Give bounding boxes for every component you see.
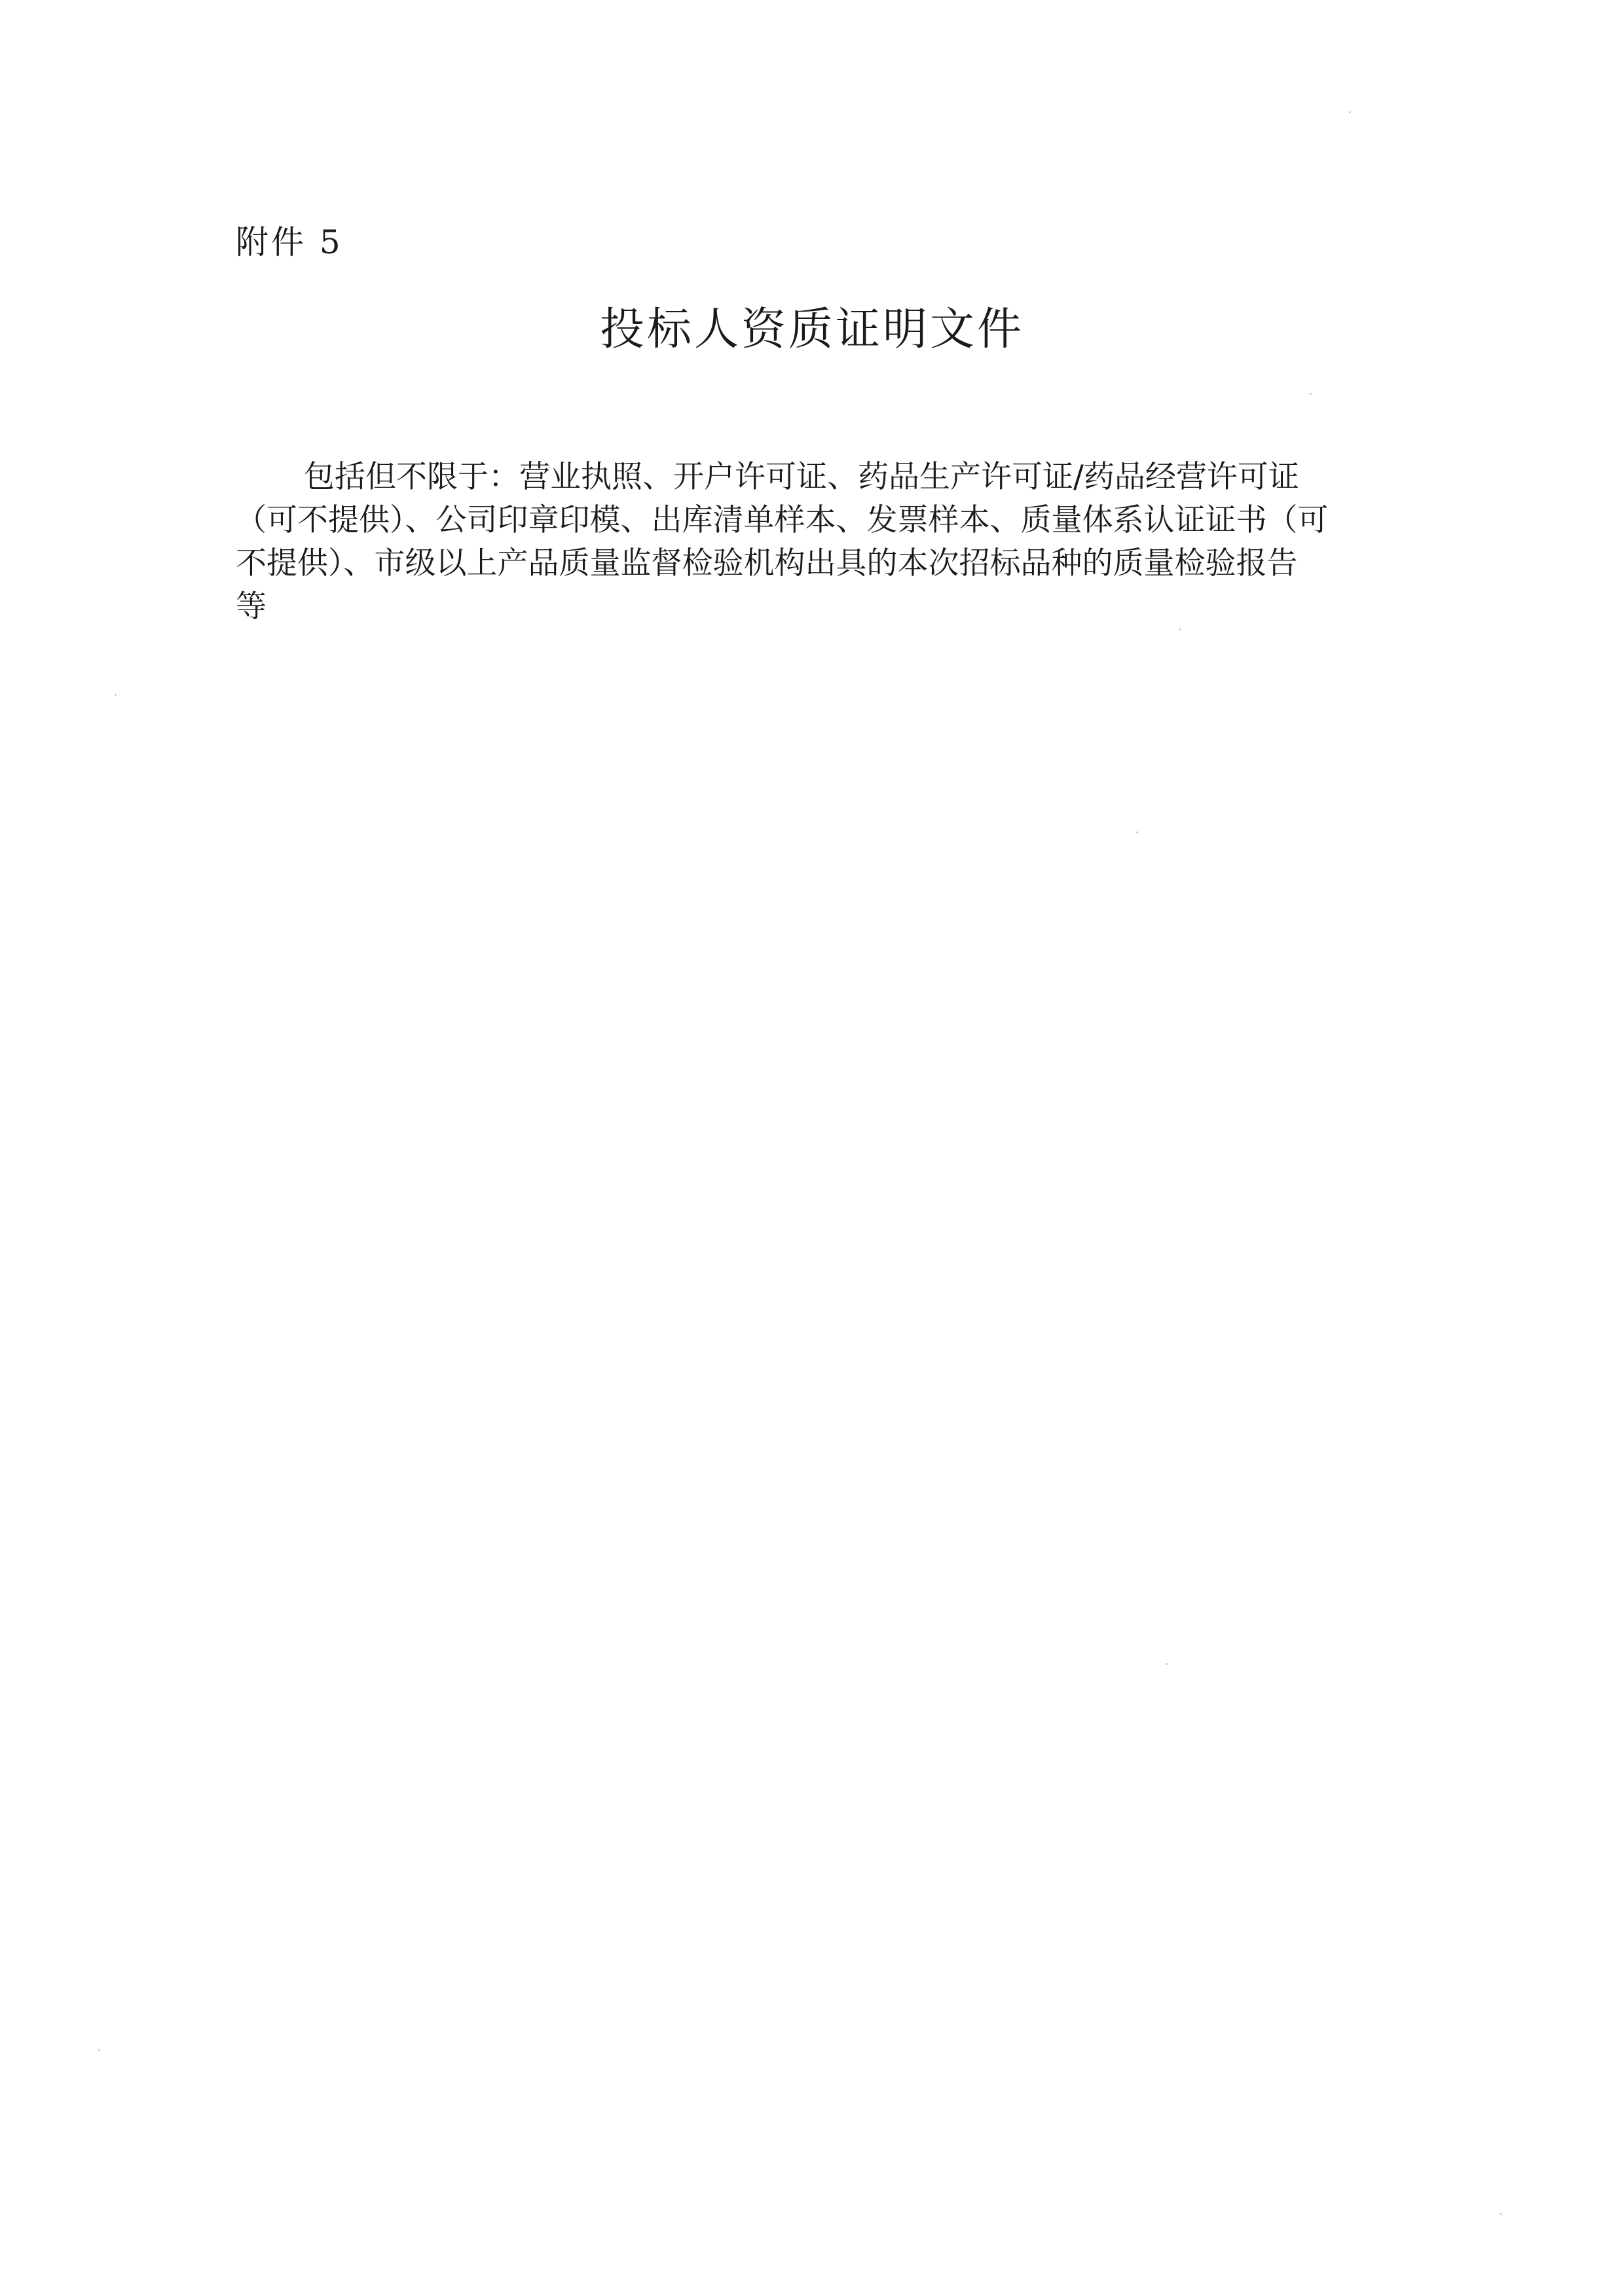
body-line: （可不提供）、公司印章印模、出库清单样本、发票样本、质量体系认证证书（可	[236, 499, 1388, 542]
attachment-label: 附件 5	[236, 223, 343, 262]
body-line: 等	[236, 585, 1388, 629]
document-title: 投标人资质证明文件	[0, 302, 1624, 357]
scan-speck	[1179, 629, 1181, 630]
scan-speck	[1500, 2213, 1502, 2215]
scan-speck	[1310, 393, 1312, 395]
document-page: 附件 5 投标人资质证明文件 包括但不限于：营业执照、开户许可证、药品生产许可证…	[0, 0, 1624, 2296]
scan-speck	[1349, 111, 1351, 113]
scan-speck	[98, 2049, 100, 2051]
body-paragraph: 包括但不限于：营业执照、开户许可证、药品生产许可证/药品经营许可证 （可不提供）…	[236, 456, 1388, 629]
body-line: 不提供）、市级以上产品质量监督检验机构出具的本次招标品种的质量检验报告	[236, 542, 1388, 585]
scan-speck	[115, 694, 117, 696]
body-line: 包括但不限于：营业执照、开户许可证、药品生产许可证/药品经营许可证	[236, 456, 1388, 499]
scan-speck	[1166, 1663, 1168, 1665]
scan-speck	[1136, 831, 1138, 833]
